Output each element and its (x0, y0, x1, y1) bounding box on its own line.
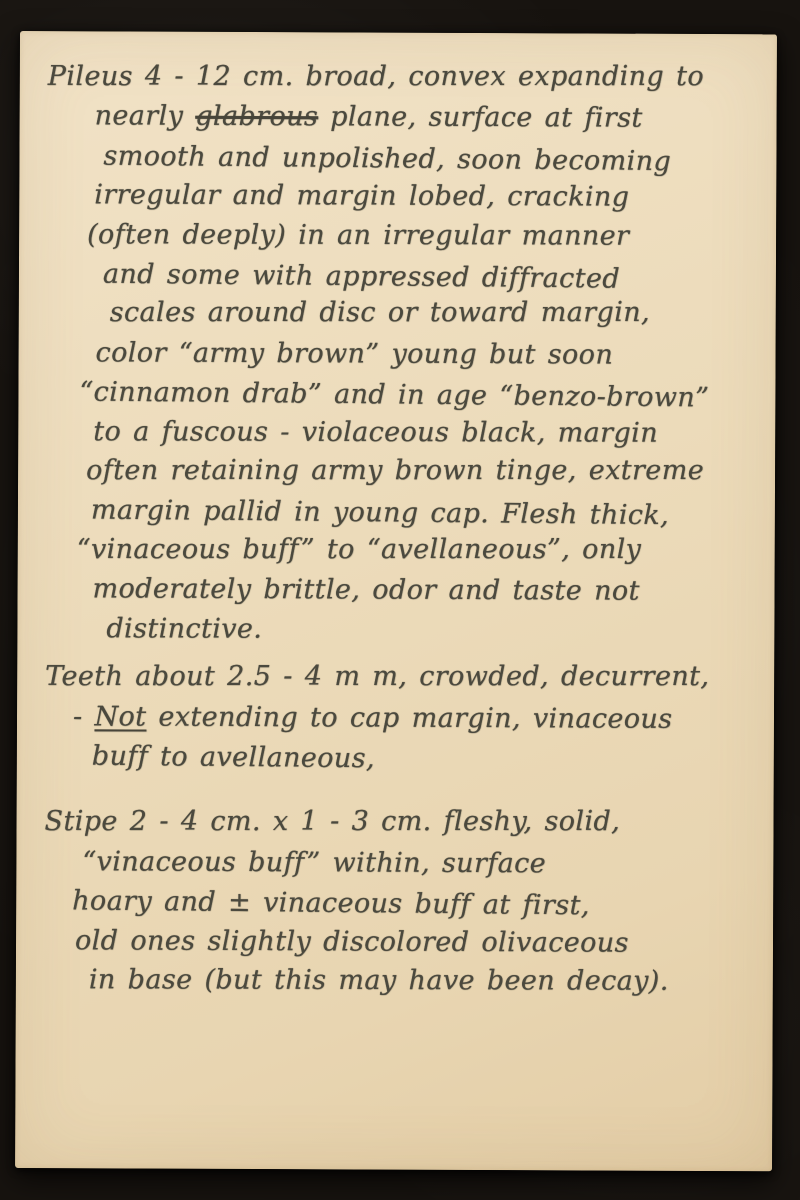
paragraph-stipe: Stipe 2 - 4 cm. x 1 - 3 cm. fleshy, soli… (44, 802, 756, 1002)
handwritten-line: buff to avellaneous, (45, 736, 756, 782)
handwritten-line: hoary and ± vinaceous buff at first, (44, 881, 755, 927)
handwritten-line: irregular and margin lobed, cracking (47, 175, 758, 218)
handwritten-line: Stipe 2 - 4 cm. x 1 - 3 cm. fleshy, soli… (45, 802, 756, 841)
text-segment: plane, surface at first (318, 102, 643, 134)
handwritten-line: Pileus 4 - 12 cm. broad, convex expandin… (48, 57, 759, 96)
handwritten-line: to a fuscous - violaceous black, margin (46, 412, 757, 453)
text-segment: in base (but this may have been decay). (89, 964, 669, 997)
handwritten-line: “vinaceous buff” within, surface (44, 842, 755, 885)
text-segment: margin pallid in young cap. Flesh thick, (91, 495, 669, 532)
text-segment: distinctive. (106, 613, 262, 644)
text-segment: (often deeply) in an irregular manner (87, 219, 629, 251)
handwritten-line: distinctive. (45, 609, 756, 650)
handwritten-text: Pileus 4 - 12 cm. broad, convex expandin… (44, 57, 759, 1002)
handwritten-line: nearly glabrous plane, surface at first (48, 97, 759, 140)
text-segment: nearly (95, 101, 196, 132)
text-segment: buff to avellaneous, (92, 740, 375, 774)
text-segment: Teeth about 2.5 - 4 m m, crowded, decurr… (45, 661, 709, 692)
underlined-word: Not (94, 701, 146, 732)
text-segment: moderately brittle, odor and taste not (92, 574, 639, 607)
text-segment: “cinnamon drab” and in age “benzo-brown” (79, 377, 709, 414)
handwritten-line: smooth and unpolished, soon becoming (47, 136, 758, 182)
text-segment: and some with appressed diffracted (103, 259, 620, 295)
struck-out-word: glabrous (195, 101, 318, 133)
text-segment: extending to cap margin, vinaceous (146, 701, 672, 734)
text-segment: hoary and ± vinaceous buff at first, (72, 886, 590, 922)
handwritten-line: “vinaceous buff” to “avellaneous”, only (46, 530, 757, 569)
text-segment: color “army brown” young but soon (96, 337, 614, 370)
text-segment: - (73, 701, 95, 732)
handwritten-line: often retaining army brown tinge, extrem… (46, 451, 757, 490)
text-segment: often retaining army brown tinge, extrem… (86, 455, 704, 486)
handwritten-line: in base (but this may have been decay). (44, 960, 755, 1001)
text-segment: scales around disc or toward margin, (110, 298, 650, 329)
text-segment: irregular and margin lobed, cracking (94, 180, 629, 213)
handwritten-line: - Not extending to cap margin, vinaceous (45, 697, 756, 740)
handwritten-line: old ones slightly discolored olivaceous (44, 921, 755, 964)
paragraph-pileus: Pileus 4 - 12 cm. broad, convex expandin… (45, 57, 759, 651)
text-segment: smooth and unpolished, soon becoming (103, 140, 671, 176)
handwritten-line: color “army brown” young but soon (47, 333, 758, 376)
handwritten-line: moderately brittle, odor and taste not (45, 569, 756, 612)
text-segment: old ones slightly discolored olivaceous (75, 925, 629, 958)
handwritten-line: Teeth about 2.5 - 4 m m, crowded, decurr… (45, 657, 756, 696)
photo-background: Pileus 4 - 12 cm. broad, convex expandin… (0, 0, 800, 1200)
text-segment: Pileus 4 - 12 cm. broad, convex expandin… (48, 61, 704, 92)
handwritten-line: scales around disc or toward margin, (47, 294, 758, 333)
handwritten-line: (often deeply) in an irregular manner (47, 215, 758, 256)
text-segment: “vinaceous buff” within, surface (82, 846, 546, 879)
text-segment: Stipe 2 - 4 cm. x 1 - 3 cm. fleshy, soli… (45, 806, 621, 837)
text-segment: to a fuscous - violaceous black, margin (93, 416, 658, 448)
note-card: Pileus 4 - 12 cm. broad, convex expandin… (15, 31, 777, 1171)
paragraph-teeth: Teeth about 2.5 - 4 m m, crowded, decurr… (45, 657, 757, 778)
text-segment: “vinaceous buff” to “avellaneous”, only (77, 534, 642, 565)
